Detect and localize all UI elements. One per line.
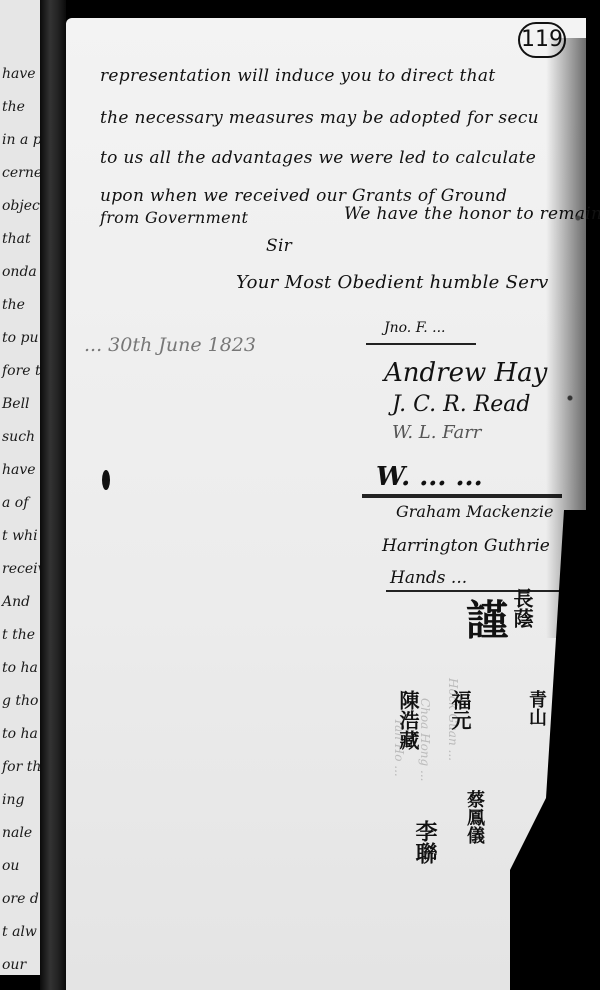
manuscript-page: 119 representation will induce you to di… [66, 18, 586, 990]
left-page-fragment-line: our [2, 957, 26, 973]
signature-2: Andrew Hay [384, 358, 547, 388]
left-page-fragment-line: receiv [2, 561, 46, 577]
chinese-signature-1: 長蔭 [508, 588, 537, 628]
left-page-fragment-line: Bell [2, 396, 30, 412]
signature-underline [362, 494, 562, 498]
left-page-fragment-line: t the [2, 627, 35, 643]
left-page-fragment-line: have [2, 66, 36, 82]
left-page-fragment-line: fore t [2, 363, 41, 379]
left-page-fragment-line: t alw [2, 924, 37, 940]
signature-7: Harrington Guthrie [382, 536, 550, 556]
left-page-fragment-line: nale [2, 825, 32, 841]
left-page-fragment-line: onda [2, 264, 37, 280]
signature-8: Hands ... [390, 568, 467, 588]
chinese-signature-5: 蔡鳳儀 [461, 790, 487, 844]
signature-4: W. L. Farr [392, 422, 481, 443]
left-page-fragment-line: for th [2, 759, 41, 775]
chinese-signature-4: 福元 [446, 690, 475, 730]
signature-3: J. C. R. Read [392, 392, 530, 417]
left-page-fragment-line: a of [2, 495, 28, 511]
left-page-fragment-line: to ha [2, 726, 38, 742]
signature-1: Jno. F. ... [384, 320, 446, 336]
left-page-fragment-line: to ha [2, 660, 38, 676]
chinese-seal-character: 謹 [454, 598, 514, 640]
ink-blot [102, 470, 110, 490]
signature-5: W. ... ... [376, 462, 483, 492]
body-line-3: to us all the advantages we were led to … [100, 148, 536, 168]
left-page-fragment-line: the [2, 99, 25, 115]
left-page-fragment-line: ing [2, 792, 24, 808]
left-page-fragment-line: ore d [2, 891, 39, 907]
valediction: Your Most Obedient humble Serv [236, 272, 549, 293]
left-page-fragment-line: in a p [2, 132, 42, 148]
body-line-4: upon when we received our Grants of Grou… [100, 186, 507, 206]
left-page-fragment-line: ou [2, 858, 19, 874]
left-page-fragment-line: such [2, 429, 35, 445]
signature-underline [366, 343, 476, 345]
left-page-fragment: havethein a pcernedobjectthatondatheto p… [0, 0, 40, 975]
left-page-fragment-line: to pu [2, 330, 38, 346]
chinese-signature-7: 李聯 [409, 820, 440, 864]
left-page-fragment-line: that [2, 231, 31, 247]
left-page-fragment-line: object [2, 198, 45, 214]
chinese-signature-3: 青山 [523, 690, 549, 726]
faint-transliteration: Tan Ho ... [392, 718, 406, 938]
left-page-fragment-line: And [2, 594, 30, 610]
left-page-fragment-line: t whi [2, 528, 38, 544]
chinese-signature-6: 陳浩藏 [394, 690, 423, 750]
body-line-1: representation will induce you to direct… [100, 66, 495, 86]
left-page-fragment-line: the [2, 297, 25, 313]
body-line-2: the necessary measures may be adopted fo… [100, 108, 539, 128]
body-line-5: from Government [100, 208, 248, 227]
signature-6: Graham Mackenzie [396, 502, 553, 521]
left-page-fragment-line: g tho [2, 693, 38, 709]
margin-date-note: ... 30th June 1823 [84, 334, 256, 356]
salutation: Sir [266, 236, 292, 256]
left-page-fragment-line: have [2, 462, 36, 478]
book-spine [40, 0, 66, 990]
